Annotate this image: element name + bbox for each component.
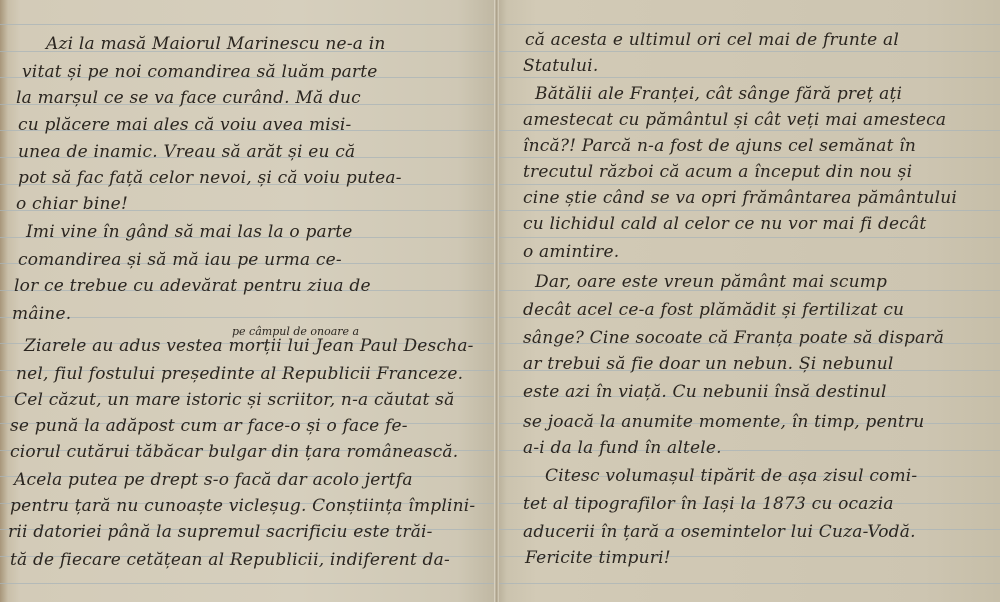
text-line: o chiar bine!	[16, 194, 128, 214]
text-line: lor ce trebue cu adevărat pentru ziua de	[14, 276, 371, 296]
ruled-line	[497, 583, 1000, 584]
text-line: tă de fiecare cetățean al Republicii, in…	[10, 550, 450, 570]
ruled-line	[497, 24, 1000, 25]
text-line: Imi vine în gând să mai las la o parte	[26, 222, 352, 242]
right-notebook-page: că acesta e ultimul ori cel mai de frunt…	[497, 0, 1000, 602]
text-line: Cel căzut, un mare istoric și scriitor, …	[14, 390, 454, 410]
text-line: unea de inamic. Vreau să arăt și eu că	[18, 142, 355, 162]
text-line: rii datoriei până la supremul sacrificiu…	[8, 522, 433, 542]
text-line: a-i da la fund în altele.	[523, 438, 722, 458]
text-line: la marșul ce se va face curând. Mă duc	[16, 88, 361, 108]
text-line: pot să fac față celor nevoi, și că voiu …	[18, 168, 402, 188]
ruled-line	[497, 237, 1000, 238]
ruled-line	[497, 77, 1000, 78]
text-line: Azi la masă Maiorul Marinescu ne-a in	[46, 34, 386, 54]
ruled-line	[0, 24, 497, 25]
text-line: amestecat cu pământul și cât veți mai am…	[523, 110, 946, 130]
text-line: se joacă la anumite momente, în timp, pe…	[523, 412, 924, 432]
left-notebook-page: Azi la masă Maiorul Marinescu ne-a in vi…	[0, 0, 497, 602]
text-line: decât acel ce-a fost plămădit și fertili…	[523, 300, 904, 320]
text-line: comandirea și să mă iau pe urma ce-	[18, 250, 342, 270]
text-line: se pună la adăpost cum ar face-o și o fa…	[10, 416, 408, 436]
text-line: ciorul cutărui tăbăcar bulgar din țara r…	[10, 442, 458, 462]
ruled-line	[497, 184, 1000, 185]
ruled-line	[0, 317, 497, 318]
ruled-line	[497, 210, 1000, 211]
text-line: nel, fiul fostului președinte al Republi…	[16, 364, 463, 384]
text-line: Acela putea pe drept s-o facă dar acolo …	[14, 470, 413, 490]
text-line: Fericite timpuri!	[525, 548, 671, 568]
ruled-line	[497, 263, 1000, 264]
ruled-line	[0, 583, 497, 584]
text-line: încă?! Parcă n-a fost de ajuns cel semăn…	[523, 136, 916, 156]
text-line: Statului.	[523, 56, 598, 76]
ruled-line	[497, 51, 1000, 52]
text-line: ar trebui să fie doar un nebun. Și nebun…	[523, 354, 894, 374]
ruled-line	[497, 104, 1000, 105]
text-line: sânge? Cine socoate că Franța poate să d…	[523, 328, 944, 348]
text-line: cine știe când se va opri frământarea pă…	[523, 188, 957, 208]
text-line: că acesta e ultimul ori cel mai de frunt…	[525, 30, 899, 50]
text-line: tet al tipografilor în Iași la 1873 cu o…	[523, 494, 894, 514]
text-line: este azi în viață. Cu nebunii însă desti…	[523, 382, 887, 402]
text-line: vitat și pe noi comandirea să luăm parte	[22, 62, 378, 82]
text-line: o amintire.	[523, 242, 619, 262]
text-line: Bătălii ale Franței, cât sânge fără preț…	[535, 84, 902, 104]
text-line: cu plăcere mai ales că voiu avea misi-	[18, 115, 351, 135]
notebook-spine	[494, 0, 499, 602]
text-line: aducerii în țară a osemintelor lui Cuza-…	[523, 522, 916, 542]
text-line: Citesc volumașul tipărit de așa zisul co…	[545, 466, 917, 486]
text-line: Ziarele au adus vestea morții lui Jean P…	[24, 336, 474, 356]
text-line: mâine.	[12, 304, 71, 324]
text-line: pentru țară nu cunoaște vicleșug. Conști…	[10, 496, 475, 516]
text-line: Dar, oare este vreun pământ mai scump	[535, 272, 887, 292]
text-line: cu lichidul cald al celor ce nu vor mai …	[523, 214, 926, 234]
text-line: trecutul război că acum a început din no…	[523, 162, 912, 182]
ruled-line	[497, 157, 1000, 158]
ruled-line	[497, 130, 1000, 131]
